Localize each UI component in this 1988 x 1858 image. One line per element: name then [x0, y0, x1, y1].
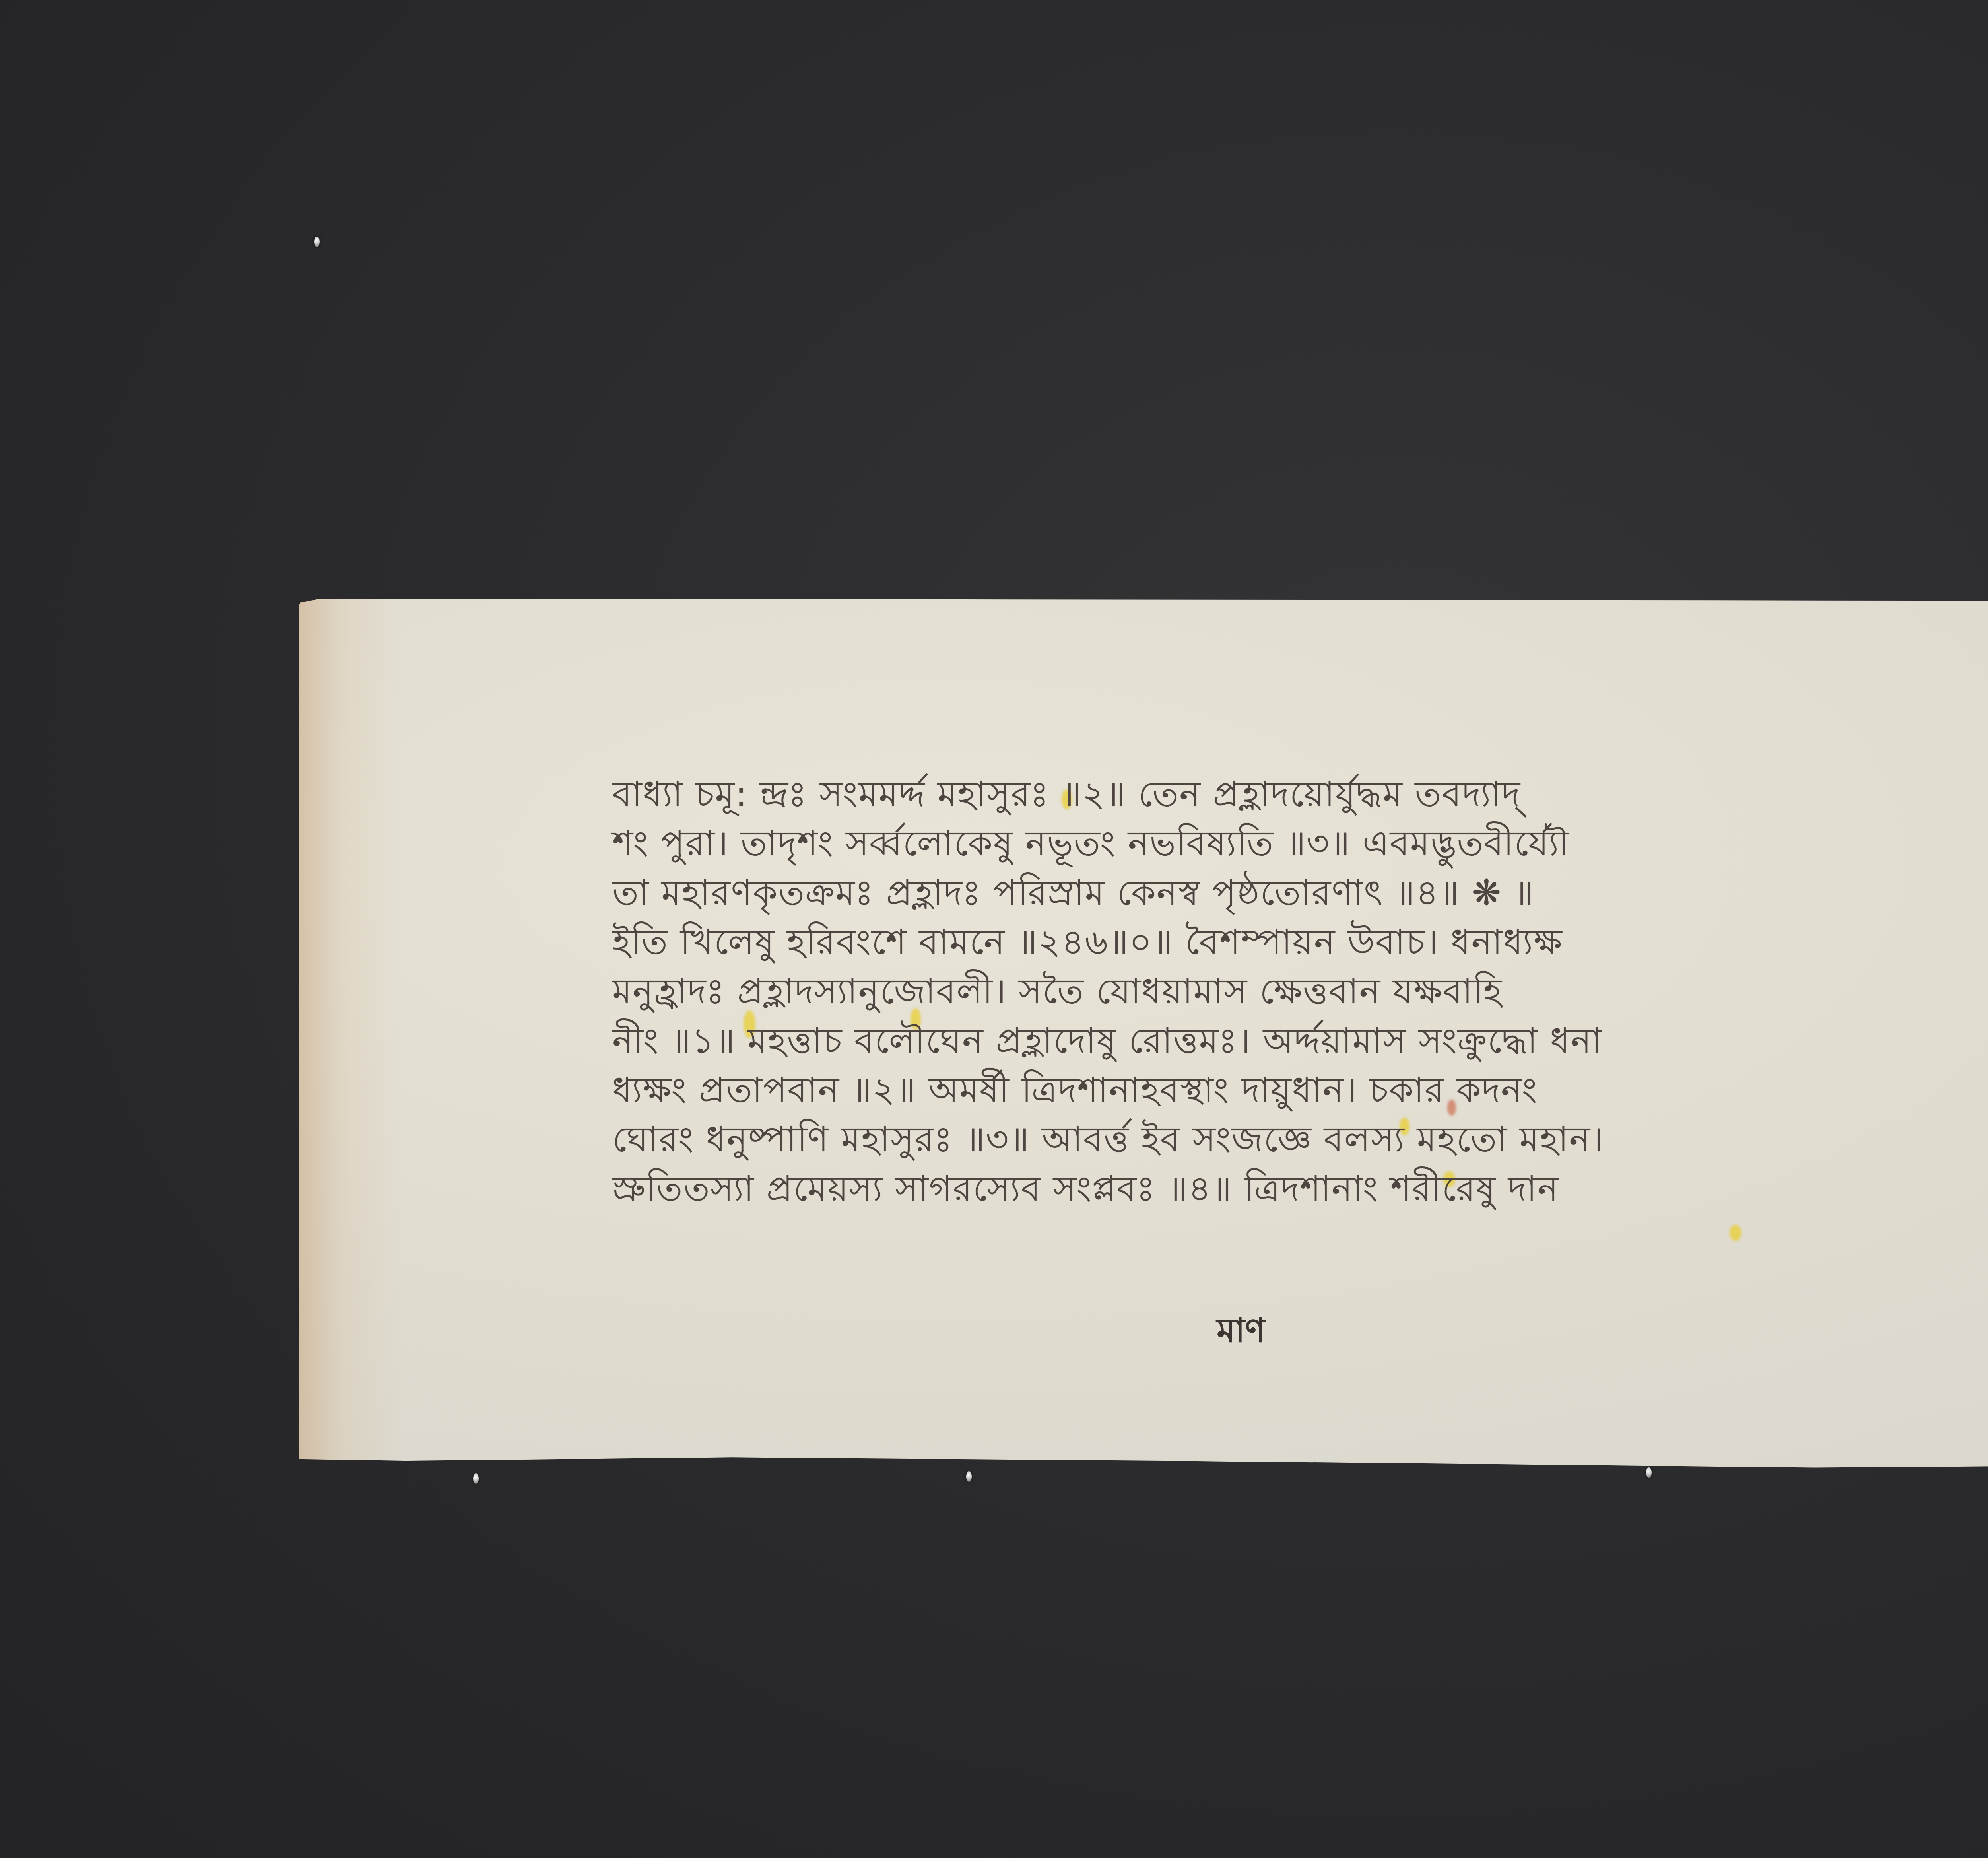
manuscript-line: শং পুরা। তাদৃশং সর্ব্বলোকেষু নভূতং নভবিষ… — [612, 819, 1988, 868]
mounting-pin — [473, 1473, 479, 1484]
manuscript-line: নীং ॥১॥ মহত্তাচ বলৌঘেন প্রহ্লাদোষু রোত্ত… — [612, 1016, 1988, 1065]
manuscript-line: তা মহারণকৃতক্রমঃ প্রহ্লাদঃ পরিস্রাম কেনস… — [612, 868, 1988, 917]
manuscript-line: স্রুতিতস্যা প্রমেয়স্য সাগরস্যেব সংপ্লবঃ… — [612, 1164, 1988, 1213]
manuscript-line: ধ্যক্ষং প্রতাপবান ॥২॥ অমর্ষী ত্রিদশানাহব… — [612, 1065, 1988, 1115]
footer-mark: মাণ — [1217, 1304, 1265, 1360]
manuscript-text: বাধ্যা চমূ: ন্দ্রঃ সংমমর্দ্দ মহাসুরঃ ॥২॥… — [612, 770, 1988, 1213]
mounting-pin — [1646, 1467, 1652, 1478]
mounting-pin — [314, 237, 320, 247]
mounting-pin — [966, 1471, 972, 1482]
manuscript-line: ইতি খিলেষু হরিবংশে বামনে ॥২৪৬॥০॥ বৈশম্পা… — [612, 917, 1988, 967]
manuscript-line: ঘোরং ধনুষ্পাণি মহাসুরঃ ॥৩॥ আবর্ত্ত ইব সং… — [612, 1115, 1988, 1164]
manuscript-line: বাধ্যা চমূ: ন্দ্রঃ সংমমর্দ্দ মহাসুরঃ ॥২॥… — [612, 770, 1988, 819]
manuscript-line: মনুহ্রাদঃ প্রহ্লাদস্যানুজোবলী। সতৈ যোধয়… — [612, 967, 1988, 1016]
yellow-pigment-mark — [1730, 1225, 1741, 1241]
